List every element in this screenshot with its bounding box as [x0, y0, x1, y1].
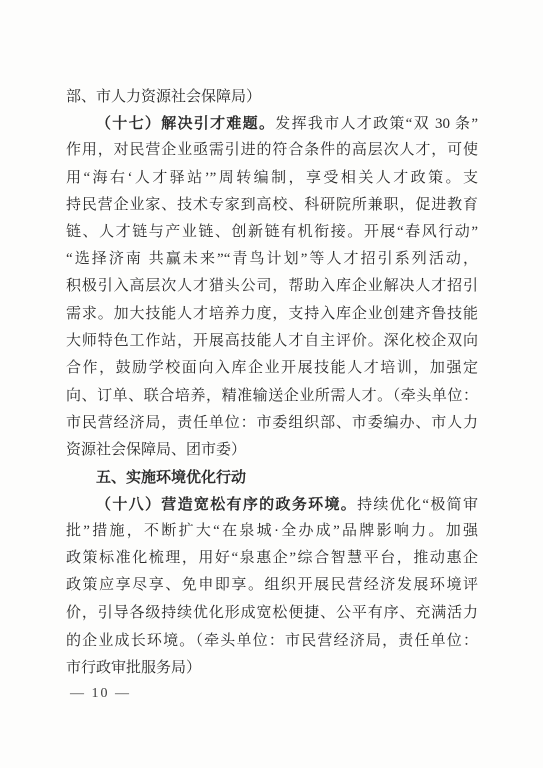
text-segment-normal: 持民营企业家、技术专家到高校、科研院所兼职，促进教育: [66, 197, 478, 213]
text-line: 链、人才链与产业链、创新链有机衔接。开展“春风行动”: [66, 219, 478, 246]
text-line: “选择济南 共赢未来”“青鸟计划”等人才招引系列活动，: [66, 246, 478, 273]
text-line: 五、实施环境优化行动: [66, 464, 478, 491]
text-segment-normal: 的企业成长环境。: [66, 633, 195, 649]
page-number: — 10 —: [70, 686, 131, 701]
text-segment-normal: 链、人才链与产业链、创新链有机衔接。开展“春风行动”: [66, 224, 478, 240]
text-segment-normal: “选择济南 共赢未来”“青鸟计划”等人才招引系列活动，: [66, 251, 478, 267]
text-line: 大师特色工作站，开展高技能人才自主评价。深化校企双向: [66, 328, 478, 355]
text-segment-normal: 大师特色工作站，开展高技能人才自主评价。深化校企双向: [66, 333, 478, 349]
text-line: 价，引导各级持续优化形成宽松便捷、公平有序、充满活力: [66, 600, 478, 627]
text-segment-normal: 批”措施，不断扩大“在泉城·全办成”品牌影响力。加强: [66, 523, 478, 539]
text-segment-normal: 需求。加大技能人才培养力度，支持入库企业创建齐鲁技能: [66, 306, 478, 322]
text-line: 向、订单、联合培养，精准输送企业所需人才。（牵头单位：: [66, 382, 478, 409]
text-line: 市民营经济局，责任单位：市委组织部、市委编办、市人力: [66, 409, 478, 436]
text-line: （十七）解决引才难题。发挥我市人才政策“双 30 条”: [66, 110, 478, 137]
text-line: 政策标准化梳理，用好“泉惠企”综合智慧平台，推动惠企: [66, 545, 478, 572]
text-segment-kaiti: 市民营经济局，责任单位：市委组织部、市委编办、市人力: [66, 413, 478, 431]
page-number-footer: — 10 —: [70, 686, 131, 702]
text-segment-normal: 持续优化“极简审: [357, 497, 478, 513]
text-segment-normal: 发挥我市人才政策“双 30 条”: [275, 116, 478, 132]
text-segment-normal: 政策标准化梳理，用好“泉惠企”综合智慧平台，推动惠企: [66, 550, 478, 566]
text-segment-normal: 积极引入高层次人才猎头公司，帮助入库企业解决人才招引: [66, 278, 478, 294]
text-segment-normal: 政策应享尽享、免申即享。组织开展民营经济发展环境评: [66, 577, 478, 593]
text-line: 积极引入高层次人才猎头公司，帮助入库企业解决人才招引: [66, 273, 478, 300]
text-segment-kaiti: （牵头单位：市民营经济局，责任单位：: [195, 631, 478, 649]
text-line: 需求。加大技能人才培养力度，支持入库企业创建齐鲁技能: [66, 301, 478, 328]
text-segment-kaiti: 市行政审批服务局）: [66, 658, 201, 676]
text-segment-normal: 用“海右‘人才驿站’”周转编制，享受相关人才政策。支: [66, 170, 478, 186]
text-line: （十八）营造宽松有序的政务环境。持续优化“极简审: [66, 491, 478, 518]
text-line: 资源社会保障局、团市委）: [66, 436, 478, 463]
text-line: 部、市人力资源社会保障局）: [66, 83, 478, 110]
document-body: 部、市人力资源社会保障局）（十七）解决引才难题。发挥我市人才政策“双 30 条”…: [66, 83, 478, 681]
text-segment-normal: 向、订单、联合培养，精准输送企业所需人才。: [66, 388, 393, 404]
text-line: 批”措施，不断扩大“在泉城·全办成”品牌影响力。加强: [66, 518, 478, 545]
text-segment-normal: 作用，对民营企业亟需引进的符合条件的高层次人才，可使: [66, 142, 478, 158]
text-line: 政策应享尽享、免申即享。组织开展民营经济发展环境评: [66, 572, 478, 599]
text-segment-kaiti: 资源社会保障局、团市委）: [66, 440, 246, 458]
text-segment-bold: （十八）营造宽松有序的政务环境。: [96, 496, 357, 513]
text-line: 持民营企业家、技术专家到高校、科研院所兼职，促进教育: [66, 192, 478, 219]
text-line: 合作，鼓励学校面向入库企业开展技能人才培训，加强定: [66, 355, 478, 382]
text-line: 的企业成长环境。（牵头单位：市民营经济局，责任单位：: [66, 627, 478, 654]
text-segment-kaiti: （牵头单位：: [393, 386, 478, 404]
text-segment-bold: （十七）解决引才难题。: [96, 115, 275, 132]
text-segment-bold: 五、实施环境优化行动: [96, 469, 246, 486]
document-page: 部、市人力资源社会保障局）（十七）解决引才难题。发挥我市人才政策“双 30 条”…: [0, 0, 543, 768]
text-segment-normal: 合作，鼓励学校面向入库企业开展技能人才培训，加强定: [66, 360, 478, 376]
text-line: 作用，对民营企业亟需引进的符合条件的高层次人才，可使: [66, 137, 478, 164]
text-line: 市行政审批服务局）: [66, 654, 478, 681]
text-line: 用“海右‘人才驿站’”周转编制，享受相关人才政策。支: [66, 165, 478, 192]
text-segment-normal: 价，引导各级持续优化形成宽松便捷、公平有序、充满活力: [66, 605, 478, 621]
text-segment-kaiti: 部、市人力资源社会保障局）: [66, 87, 261, 105]
